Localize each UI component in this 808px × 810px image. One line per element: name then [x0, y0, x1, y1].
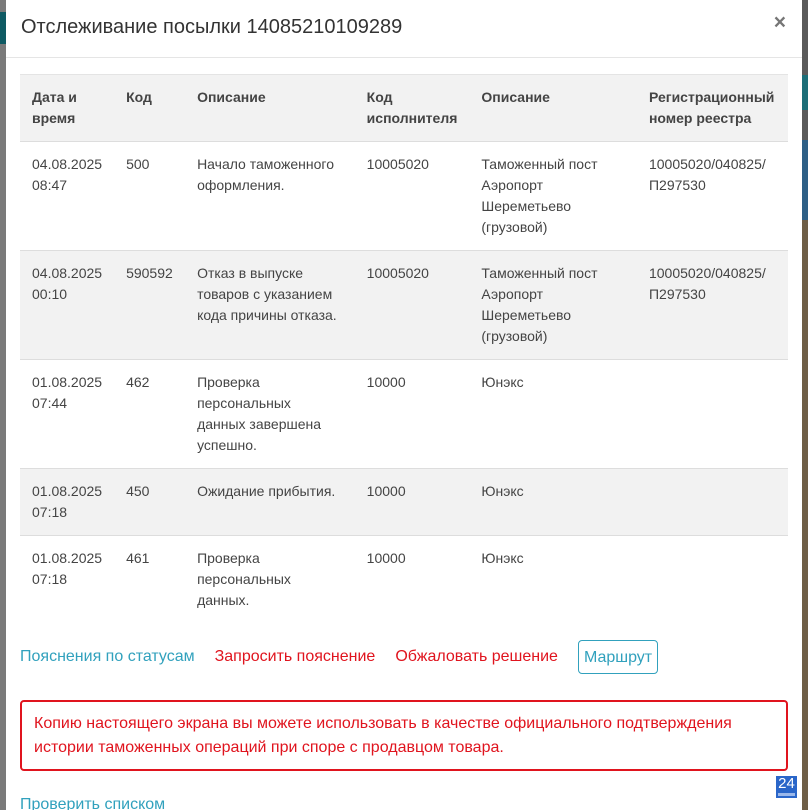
cell-code: 461	[114, 536, 185, 624]
modal-header: Отслеживание посылки 14085210109289 ×	[6, 0, 802, 58]
modal-title: Отслеживание посылки 14085210109289	[21, 15, 402, 39]
header-registry-number: Регистрационный номер реестра	[637, 75, 788, 142]
appeal-decision-link[interactable]: Обжаловать решение	[395, 648, 558, 666]
cell-registry-number	[637, 469, 788, 536]
header-description: Описание	[185, 75, 355, 142]
cell-executor-code: 10000	[355, 536, 470, 624]
background-teal-strip	[802, 75, 808, 110]
cell-datetime: 04.08.2025 00:10	[20, 251, 114, 360]
calendar-icon[interactable]: 24	[776, 776, 797, 798]
official-confirmation-alert: Копию настоящего экрана вы можете исполь…	[20, 700, 788, 771]
background-image-strip-lower	[802, 220, 808, 810]
cell-datetime: 01.08.2025 07:18	[20, 469, 114, 536]
actions-bar: Пояснения по статусам Запросить пояснени…	[20, 639, 658, 675]
badge-label: 24	[778, 775, 795, 792]
cell-executor-description: Таможенный пост Аэропорт Шереметьево (гр…	[469, 142, 637, 251]
cell-code: 590592	[114, 251, 185, 360]
route-button[interactable]: Маршрут	[578, 640, 658, 674]
alert-text: Копию настоящего экрана вы можете исполь…	[22, 702, 786, 760]
cell-datetime: 01.08.2025 07:18	[20, 536, 114, 624]
cell-registry-number	[637, 360, 788, 469]
header-code: Код	[114, 75, 185, 142]
table-row: 04.08.2025 00:10 590592 Отказ в выпуске …	[20, 251, 788, 360]
cell-description: Начало таможенного оформления.	[185, 142, 355, 251]
cell-description: Отказ в выпуске товаров с указанием кода…	[185, 251, 355, 360]
cell-registry-number: 10005020/040825/ П297530	[637, 251, 788, 360]
cell-code: 450	[114, 469, 185, 536]
cell-executor-description: Юнэкс	[469, 360, 637, 469]
cell-datetime: 04.08.2025 08:47	[20, 142, 114, 251]
tracking-modal: Отслеживание посылки 14085210109289 × Да…	[6, 0, 802, 810]
tracking-table: Дата и время Код Описание Код исполнител…	[20, 74, 788, 623]
table-row: 01.08.2025 07:18 461 Проверка персональн…	[20, 536, 788, 624]
cell-description: Ожидание прибытия.	[185, 469, 355, 536]
header-executor-code: Код исполнителя	[355, 75, 470, 142]
table-header-row: Дата и время Код Описание Код исполнител…	[20, 75, 788, 142]
cell-executor-description: Юнэкс	[469, 536, 637, 624]
cell-executor-description: Юнэкс	[469, 469, 637, 536]
cell-description: Проверка персональных данных.	[185, 536, 355, 624]
check-by-list-link[interactable]: Проверить списком	[20, 796, 165, 810]
header-executor-description: Описание	[469, 75, 637, 142]
cell-datetime: 01.08.2025 07:44	[20, 360, 114, 469]
table-row: 04.08.2025 08:47 500 Начало таможенного …	[20, 142, 788, 251]
table-row: 01.08.2025 07:44 462 Проверка персональн…	[20, 360, 788, 469]
cell-code: 462	[114, 360, 185, 469]
cell-executor-code: 10000	[355, 469, 470, 536]
badge-keyboard-bar	[778, 793, 795, 796]
table-row: 01.08.2025 07:18 450 Ожидание прибытия. …	[20, 469, 788, 536]
close-icon[interactable]: ×	[774, 11, 786, 35]
cell-executor-code: 10005020	[355, 251, 470, 360]
status-explanations-link[interactable]: Пояснения по статусам	[20, 648, 195, 666]
background-image-strip	[802, 140, 808, 220]
cell-executor-code: 10005020	[355, 142, 470, 251]
request-explanation-link[interactable]: Запросить пояснение	[215, 648, 376, 666]
cell-executor-code: 10000	[355, 360, 470, 469]
cell-executor-description: Таможенный пост Аэропорт Шереметьево (гр…	[469, 251, 637, 360]
cell-registry-number: 10005020/040825/ П297530	[637, 142, 788, 251]
header-datetime: Дата и время	[20, 75, 114, 142]
cell-description: Проверка персональных данных завершена у…	[185, 360, 355, 469]
cell-code: 500	[114, 142, 185, 251]
cell-registry-number	[637, 536, 788, 624]
